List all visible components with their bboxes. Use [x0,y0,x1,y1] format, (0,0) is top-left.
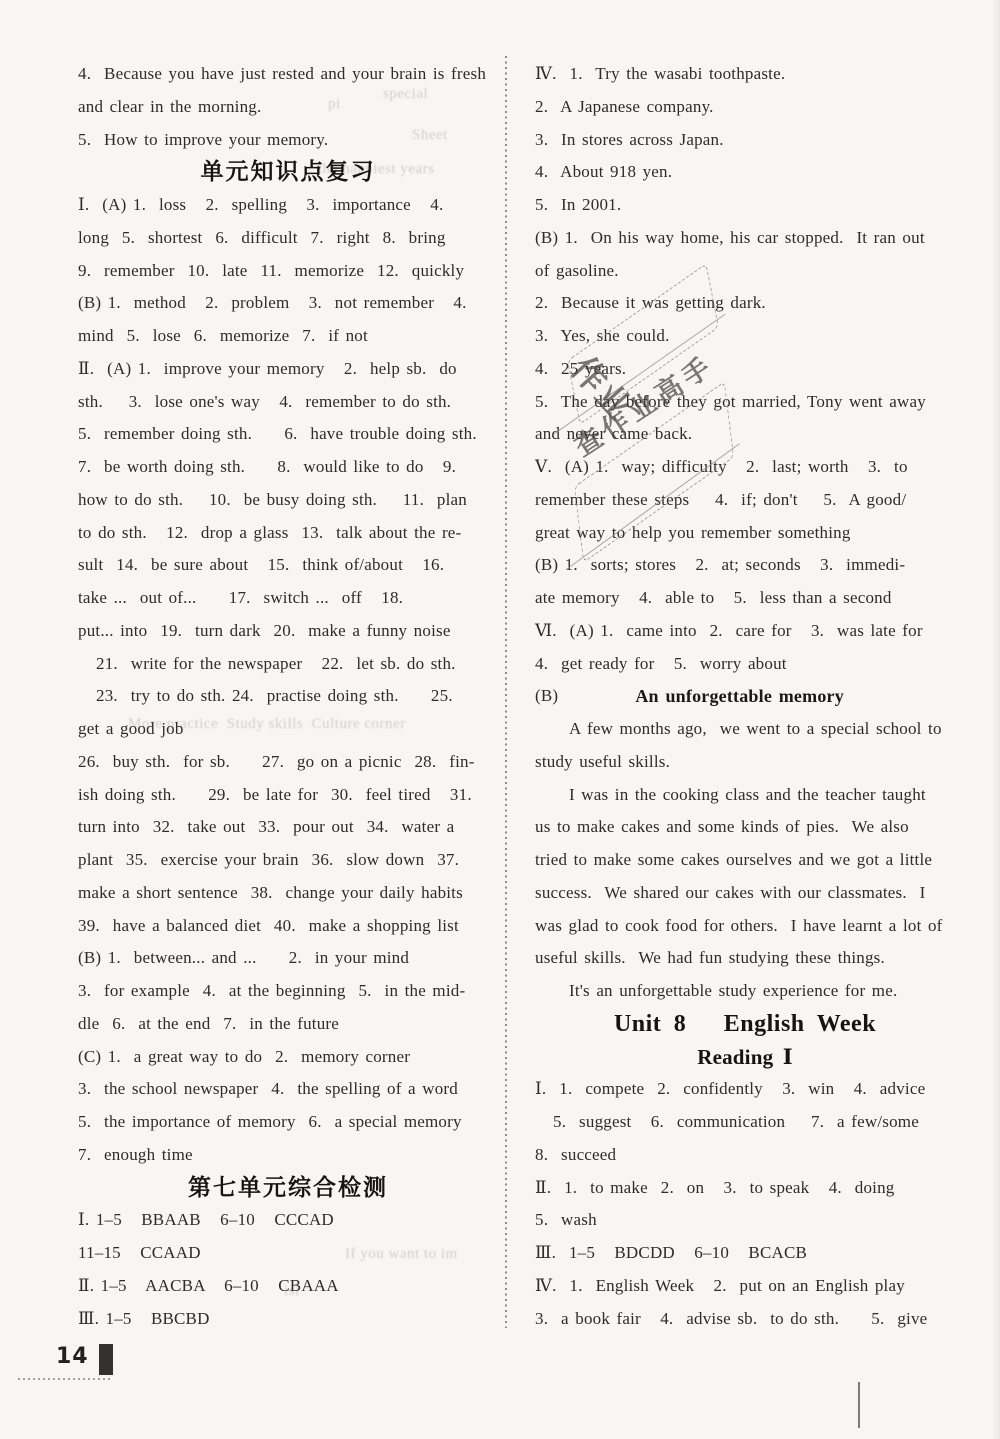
text-line: 9. remember 10. late 11. memorize 12. qu… [78,255,498,288]
text-line: 26. buy sth. for sb. 27. go on a picnic … [78,746,498,779]
text-line: 8. succeed [535,1139,955,1172]
column-divider [505,56,507,1328]
text-line: how to do sth. 10. be busy doing sth. 11… [78,484,498,517]
text-line: take ... out of... 17. switch ... off 18… [78,582,498,615]
text-line: Ⅱ. 1. to make 2. on 3. to speak 4. doing [535,1172,955,1205]
text-line: 单元知识点复习 [78,156,498,189]
text-line: 4. 25 years. [535,353,955,386]
text-line: us to make cakes and some kinds of pies.… [535,811,955,844]
text-line: 39. have a balanced diet 40. make a shop… [78,910,498,943]
text-line: of gasoline. [535,255,955,288]
text-line: study useful skills. [535,746,955,779]
text-line: Ⅳ. 1. Try the wasabi toothpaste. [535,58,955,91]
text-line: (B) 1. method 2. problem 3. not remember… [78,287,498,320]
text-line: 5. The day before they got married, Tony… [535,386,955,419]
text-line: was glad to cook food for others. I have… [535,910,955,943]
page-number: 14 [56,1344,89,1369]
text-line: Ⅲ. 1–5 BDCDD 6–10 BCACB [535,1237,955,1270]
text-line: and never came back. [535,418,955,451]
page-number-rule [18,1378,112,1380]
text-line: Ⅱ. (A) 1. improve your memory 2. help sb… [78,353,498,386]
scanned-answer-page: specialpiSheetthe happiest yearsMore pra… [0,0,1000,1439]
text-line: 5. the importance of memory 6. a special… [78,1106,498,1139]
left-column: 4. Because you have just rested and your… [78,58,498,1335]
text-line: 3. Yes, she could. [535,320,955,353]
text-line: Ⅲ. 1–5 BBCBD [78,1303,498,1336]
text-line: (B) 1. On his way home, his car stopped.… [535,222,955,255]
text-line: dle 6. at the end 7. in the future [78,1008,498,1041]
text-line: I was in the cooking class and the teach… [535,779,955,812]
text-line: success. We shared our cakes with our cl… [535,877,955,910]
text-line: Unit 8 English Week [535,1008,955,1041]
text-line: 5. wash [535,1204,955,1237]
text-line: 5. How to improve your memory. [78,124,498,157]
text-line: 第七单元综合检测 [78,1172,498,1205]
text-line: 2. A Japanese company. [535,91,955,124]
text-line: 21. write for the newspaper 22. let sb. … [78,648,498,681]
text-line: long 5. shortest 6. difficult 7. right 8… [78,222,498,255]
text-line: 5. remember doing sth. 6. have trouble d… [78,418,498,451]
text-line: 4. About 918 yen. [535,156,955,189]
text-line: 5. suggest 6. communication 7. a few/som… [535,1106,955,1139]
page-number-block [99,1344,113,1375]
text-line: Ⅴ. (A) 1. way; difficulty 2. last; worth… [535,451,955,484]
text-line: 3. a book fair 4. advise sb. to do sth. … [535,1303,955,1336]
text-line: turn into 32. take out 33. pour out 34. … [78,811,498,844]
text-line: 3. the school newspaper 4. the spelling … [78,1073,498,1106]
text-line: and clear in the morning. [78,91,498,124]
text-line: put... into 19. turn dark 20. make a fun… [78,615,498,648]
text-line: 4. Because you have just rested and your… [78,58,498,91]
text-line: 11–15 CCAAD [78,1237,498,1270]
text-line: to do sth. 12. drop a glass 13. talk abo… [78,517,498,550]
text-line: remember these steps 4. if; don't 5. A g… [535,484,955,517]
text-line: mind 5. lose 6. memorize 7. if not [78,320,498,353]
text-line: useful skills. We had fun studying these… [535,942,955,975]
text-line: sult 14. be sure about 15. think of/abou… [78,549,498,582]
text-line: (C) 1. a great way to do 2. memory corne… [78,1041,498,1074]
text-line: tried to make some cakes ourselves and w… [535,844,955,877]
text-line: (B)An unforgettable memory [535,680,955,713]
text-line: get a good job [78,713,498,746]
right-column: Ⅳ. 1. Try the wasabi toothpaste.2. A Jap… [535,58,955,1335]
text-line: 3. for example 4. at the beginning 5. in… [78,975,498,1008]
text-line: 7. enough time [78,1139,498,1172]
text-line: 7. be worth doing sth. 8. would like to … [78,451,498,484]
essay-title: An unforgettable memory [558,680,921,713]
text-line: (B) 1. sorts; stores 2. at; seconds 3. i… [535,549,955,582]
corner-mark [858,1382,860,1428]
text-line: Ⅰ. 1. compete 2. confidently 3. win 4. a… [535,1073,955,1106]
essay-label: (B) [535,680,558,713]
text-line: Ⅵ. (A) 1. came into 2. care for 3. was l… [535,615,955,648]
text-line: ate memory 4. able to 5. less than a sec… [535,582,955,615]
text-line: plant 35. exercise your brain 36. slow d… [78,844,498,877]
text-line: A few months ago, we went to a special s… [535,713,955,746]
text-line: 2. Because it was getting dark. [535,287,955,320]
text-line: make a short sentence 38. change your da… [78,877,498,910]
text-line: 5. In 2001. [535,189,955,222]
text-line: Ⅰ. 1–5 BBAAB 6–10 CCCAD [78,1204,498,1237]
scan-edge-shadow [992,0,1000,1439]
text-line: 3. In stores across Japan. [535,124,955,157]
text-line: sth. 3. lose one's way 4. remember to do… [78,386,498,419]
text-line: Ⅰ. (A) 1. loss 2. spelling 3. importance… [78,189,498,222]
text-line: It's an unforgettable study experience f… [535,975,955,1008]
text-line: Reading Ⅰ [535,1041,955,1074]
text-line: Ⅳ. 1. English Week 2. put on an English … [535,1270,955,1303]
text-line: ish doing sth. 29. be late for 30. feel … [78,779,498,812]
text-line: Ⅱ. 1–5 AACBA 6–10 CBAAA [78,1270,498,1303]
text-line: great way to help you remember something [535,517,955,550]
text-line: 4. get ready for 5. worry about [535,648,955,681]
text-line: (B) 1. between... and ... 2. in your min… [78,942,498,975]
text-line: 23. try to do sth. 24. practise doing st… [78,680,498,713]
